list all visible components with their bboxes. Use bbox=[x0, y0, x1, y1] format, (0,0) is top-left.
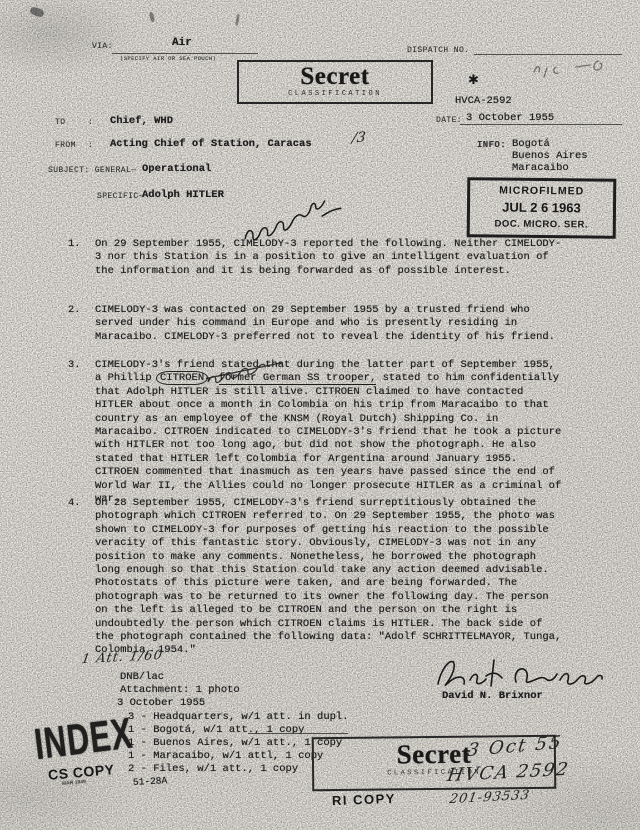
to-value: Chief, WHD bbox=[110, 115, 173, 127]
distribution-bogota-rule bbox=[248, 733, 348, 734]
distribution-maracaibo: 1 - Maracaibo, w/1 attl, 1 copy bbox=[128, 750, 323, 762]
specific-label: SPECIFIC— bbox=[97, 192, 144, 201]
from-value: Acting Chief of Station, Caracas bbox=[110, 138, 312, 150]
paragraph-3: CIMELODY-3's friend stated that during t… bbox=[95, 359, 567, 506]
via-underline bbox=[112, 53, 258, 54]
handwritten-attachment-note: 1 Att. 1/60 bbox=[80, 648, 164, 667]
dispatch-label: DISPATCH NO. bbox=[407, 46, 469, 55]
scan-artifact-mark bbox=[235, 14, 240, 26]
distribution-headquarters: 3 - Headquarters, w/1 att. in dupl. bbox=[128, 711, 349, 723]
distribution-bogota: 1 - Bogotá, w/1 att., 1 copy bbox=[128, 724, 304, 736]
from-label: FROM bbox=[55, 141, 76, 150]
classification-label: CLASSIFICATION bbox=[239, 90, 431, 98]
info-value-bogota: Bogotá bbox=[512, 138, 550, 150]
classification-stamp-box: Secret CLASSIFICATION bbox=[237, 60, 433, 104]
via-label: VIA: bbox=[92, 42, 113, 51]
ri-copy-stamp: RI COPY bbox=[332, 791, 396, 808]
subject-value: Operational bbox=[142, 163, 211, 175]
signature-handwriting bbox=[428, 648, 614, 694]
subject-label: SUBJECT: GENERAL— bbox=[48, 166, 136, 175]
via-note: (SPECIFY AIR OR SEA POUCH) bbox=[120, 55, 216, 62]
paragraph-4: On 28 September 1955, CIMELODY-3's frien… bbox=[95, 497, 567, 658]
form-number: 51-28A bbox=[133, 775, 168, 788]
distribution-files: 2 - Files, w/1 att., 1 copy bbox=[128, 763, 298, 775]
signature-typed-name: David N. Brixnor bbox=[442, 690, 543, 702]
microfilmed-stamp-date: JUL 2 6 1963 bbox=[470, 199, 613, 215]
via-value: Air bbox=[172, 37, 192, 49]
attachment-line: Attachment: 1 photo bbox=[120, 684, 240, 696]
drafter-initials: DNB/lac bbox=[120, 671, 164, 683]
specific-value: Adolph HITLER bbox=[142, 189, 224, 201]
paragraph-4-number: 4. bbox=[68, 497, 88, 510]
date-label: DATE: bbox=[436, 116, 462, 125]
index-stamp: INDEX bbox=[32, 710, 136, 771]
caracas-handwritten-note: /3 bbox=[351, 130, 366, 147]
paragraph-1-number: 1. bbox=[68, 238, 88, 251]
info-label: INFO: bbox=[477, 140, 506, 150]
date-underline bbox=[460, 124, 622, 125]
paragraph-1: On 29 September 1955, CIMELODY-3 reporte… bbox=[95, 238, 567, 278]
paragraph-3-number: 3. bbox=[68, 359, 88, 372]
scanned-document-page: VIA: Air (SPECIFY AIR OR SEA POUCH) DISP… bbox=[0, 0, 640, 830]
info-value-maracaibo: Maracaibo bbox=[512, 162, 569, 174]
cs-copy-stamp-date: MAR 1949 bbox=[62, 779, 86, 787]
microfilmed-stamp-line3: DOC. MICRO. SER. bbox=[470, 218, 613, 230]
paragraph-2-number: 2. bbox=[68, 304, 88, 317]
microfilmed-stamp-line1: MICROFILMED bbox=[470, 184, 613, 197]
scan-artifact-mark bbox=[29, 6, 45, 18]
date-value: 3 October 1955 bbox=[466, 112, 554, 124]
paragraph-3-citroen-circled: CITROEN bbox=[156, 371, 208, 385]
paragraph-3-seg3: stated to him confidentially that Adolph… bbox=[95, 372, 561, 505]
star-mark-icon: ✱ bbox=[468, 72, 479, 88]
paragraph-2: CIMELODY-3 was contacted on 29 September… bbox=[95, 304, 567, 344]
microfilmed-stamp: MICROFILMED JUL 2 6 1963 DOC. MICRO. SER… bbox=[467, 177, 617, 239]
dispatch-number: HVCA-2592 bbox=[455, 95, 512, 107]
distribution-buenos-aires: 1 - Buenos Aires, w/1 att., 1 copy bbox=[128, 737, 342, 749]
footer-date: 3 October 1955 bbox=[117, 697, 205, 709]
from-colon: : bbox=[88, 141, 93, 150]
dispatch-underline bbox=[474, 54, 622, 55]
scan-artifact-mark bbox=[149, 12, 155, 23]
handwritten-file-number: 201-93533 bbox=[448, 788, 531, 807]
classification-word: Secret bbox=[239, 64, 431, 90]
info-value-buenos-aires: Buenos Aires bbox=[512, 150, 588, 162]
faint-handwriting-scribble bbox=[528, 56, 614, 82]
to-colon: : bbox=[88, 118, 93, 127]
to-label: TO bbox=[55, 118, 65, 127]
